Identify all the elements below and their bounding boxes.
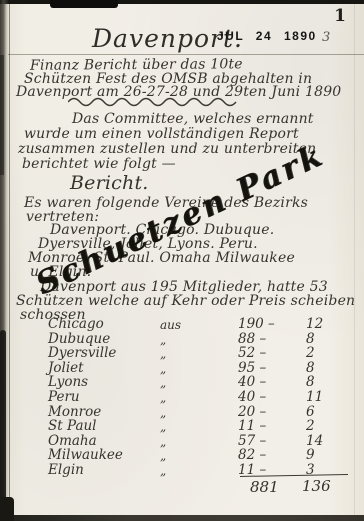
ditto-mark: „ [160, 333, 238, 348]
ditto-mark: „ [160, 406, 238, 421]
qualifier: aus [160, 318, 238, 333]
binding-edge-line [9, 4, 10, 515]
committee-line: berichtet wie folgt — [22, 157, 176, 171]
ditto-mark: „ [160, 391, 238, 406]
ditto-mark: „ [160, 347, 238, 362]
squiggle-underline [68, 97, 240, 107]
ditto-mark: „ [160, 435, 238, 450]
committee-line: wurde um einen vollständigen Report [24, 127, 299, 141]
club-name: Elgin [48, 464, 160, 479]
binding-dark-mark [0, 55, 4, 175]
ditto-mark: „ [160, 362, 238, 377]
ditto-mark: „ [160, 376, 238, 391]
total-shooters: 136 [302, 477, 331, 495]
page-bottom-corner-mark [0, 497, 14, 521]
page-right-shadow [354, 0, 355, 521]
committee-line: Das Committee, welches ernannt [72, 112, 314, 126]
total-members: 881 [250, 478, 279, 496]
page-number: 1 [334, 6, 346, 26]
heading-rule [8, 54, 364, 55]
ditto-mark: „ [160, 420, 238, 435]
ditto-mark: „ [160, 449, 238, 464]
page-bottom-edge [10, 515, 364, 521]
club-table: Chicago aus 190 – 12 Dubuque „ 88 – 8 Dy… [48, 318, 360, 479]
margin-note: 3 [322, 30, 330, 45]
committee-line: zusammen zustellen und zu unterbreiten [18, 142, 316, 156]
ditto-mark: „ [160, 464, 238, 479]
date-stamp: JUL 24 1890 [217, 29, 317, 43]
section-heading: Bericht. [70, 174, 149, 193]
page-top-edge-blob [50, 0, 118, 8]
binding-dark-mark [0, 330, 6, 500]
membership-line: Schützen welche auf Kehr oder Preis sche… [16, 294, 355, 308]
ledger-page-scan: 1 Davenport. JUL 24 1890 3 Finanz Berich… [0, 0, 364, 521]
